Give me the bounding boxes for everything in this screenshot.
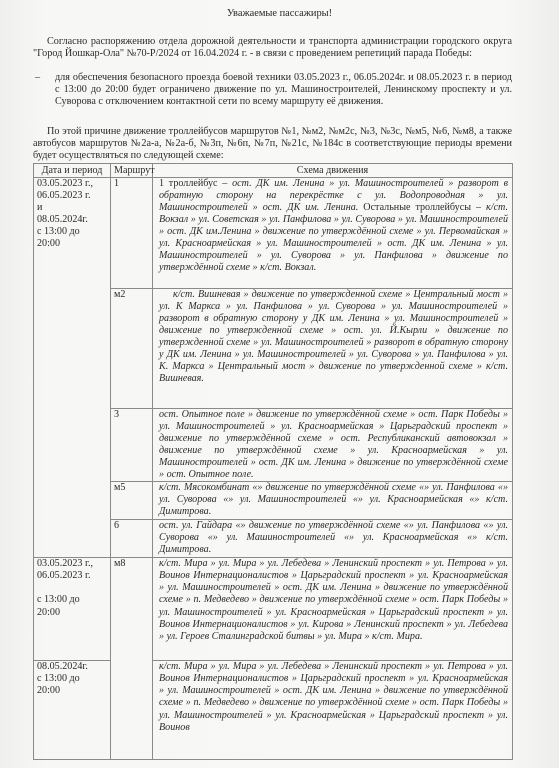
header-scheme: Схема движения xyxy=(153,164,513,178)
bullet-item: – для обеспечения безопасного проезда бо… xyxy=(55,72,512,109)
routes-paragraph: По этой причине движение троллейбусов ма… xyxy=(33,126,512,163)
date-cell: 03.05.2023 г., 06.05.2023 г. с 13:00 до … xyxy=(34,558,111,661)
date-cell: 03.05.2023 г., 06.05.2023 г. и 08.05.202… xyxy=(34,178,111,558)
route-cell: м8 xyxy=(111,558,153,760)
header-route: Маршрут xyxy=(111,164,153,178)
schedule-table: Дата и период Маршрут Схема движения 03.… xyxy=(33,163,513,760)
scheme-cell: к/ст. Мясокомбинат «» движение по утверж… xyxy=(153,482,513,520)
table-row: 03.05.2023 г., 06.05.2023 г. и 08.05.202… xyxy=(34,178,513,289)
scheme-text: к/ст. Вишневая » движение по утвержденно… xyxy=(159,289,508,384)
scheme-cell: 1 троллейбус – ост. ДК им. Ленина » ул. … xyxy=(153,178,513,289)
scheme-cell: к/ст. Мира » ул. Мира » ул. Лебедева » Л… xyxy=(153,661,513,760)
route-cell: м2 xyxy=(111,289,153,409)
scheme-cell: к/ст. Мира » ул. Мира » ул. Лебедева » Л… xyxy=(153,558,513,661)
table-row: 08.05.2024г. с 13:00 до 20:00 к/ст. Мира… xyxy=(34,661,513,760)
scheme-text: 1 троллейбус – xyxy=(159,178,232,189)
scheme-text: ост. ул. Гайдара «» движение по утверждё… xyxy=(159,520,508,555)
scheme-cell: ост. Опытное поле » движение по утверждё… xyxy=(153,409,513,482)
table-row: 03.05.2023 г., 06.05.2023 г. с 13:00 до … xyxy=(34,558,513,661)
scheme-text: ост. Опытное поле » движение по утверждё… xyxy=(159,409,508,480)
intro-paragraph: Согласно распоряжению отдела дорожной де… xyxy=(33,36,512,60)
route-cell: 1 xyxy=(111,178,153,289)
route-cell: 3 xyxy=(111,409,153,482)
scheme-text: к/ст. Мясокомбинат «» движение по утверж… xyxy=(159,482,508,517)
scheme-text: к/ст. Мира » ул. Мира » ул. Лебедева » Л… xyxy=(159,661,508,732)
scheme-text: Остальные троллейбусы – xyxy=(358,202,486,213)
table-header-row: Дата и период Маршрут Схема движения xyxy=(34,164,513,178)
route-cell: м5 xyxy=(111,482,153,520)
page-title: Уважаемые пассажиры! xyxy=(0,8,559,19)
bullet-text: для обеспечения безопасного проезда боев… xyxy=(55,72,512,107)
date-cell: 08.05.2024г. с 13:00 до 20:00 xyxy=(34,661,111,760)
bullet-dash-icon: – xyxy=(35,72,40,84)
scanned-page: Уважаемые пассажиры! Согласно распоряжен… xyxy=(0,0,559,768)
scheme-cell: к/ст. Вишневая » движение по утвержденно… xyxy=(153,289,513,409)
route-cell: 6 xyxy=(111,520,153,558)
scheme-cell: ост. ул. Гайдара «» движение по утверждё… xyxy=(153,520,513,558)
scheme-text: к/ст. Мира » ул. Мира » ул. Лебедева » Л… xyxy=(159,558,508,641)
header-date: Дата и период xyxy=(34,164,111,178)
